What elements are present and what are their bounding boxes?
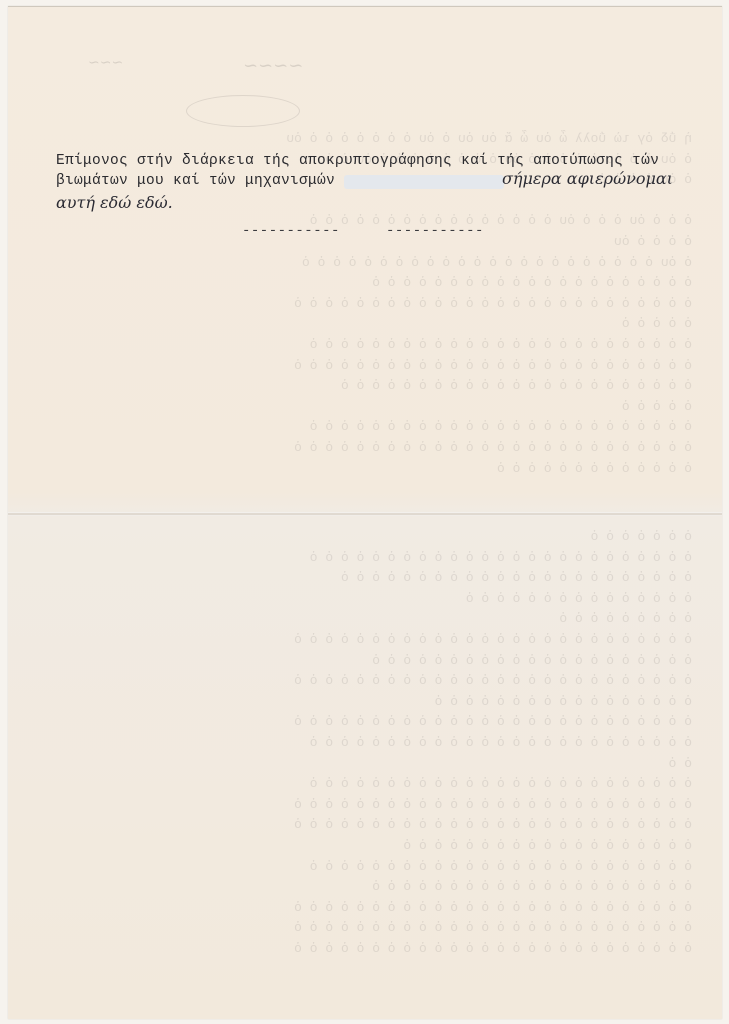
paper-sheet: ~~~~ ~~~ ὴ ΰδ ὀγ ιὼ ΰολλ ὧ ὀυ ὦ ἄ ὀυ ὀυ … (8, 6, 722, 1019)
separator-dashes-right: ----------- (386, 223, 484, 239)
bleed-through-page-number: ~~~ (88, 55, 123, 71)
paper-fold-crease (8, 512, 722, 516)
scanned-document: ~~~~ ~~~ ὴ ΰδ ὀγ ιὼ ΰολλ ὧ ὀυ ὦ ἄ ὀυ ὀυ … (0, 0, 729, 1024)
handwritten-annotation-line-2: σήμερα αφιερώνομαι (502, 169, 673, 188)
typed-line-2: βιωμάτων μου καί τών μηχανισμών (56, 173, 335, 189)
handwritten-annotation-line-3: αυτή εδώ εδώ. (56, 193, 173, 212)
bleed-through-pencil-note: ~~~~ (243, 55, 303, 76)
bleed-through-oval-mark (186, 95, 300, 127)
bleed-through-text-lower: ὀ ὀ ὀ ὀ ὀ ὀ ὀ ὀ ὀ ὀ ὀ ὀ ὀ ὀ ὀ ὀ ὀ ὀ ὀ ὀ … (38, 527, 692, 997)
typed-line-1: Επίμονος στήν διάρκεια τής αποκρυπτογράφ… (56, 153, 659, 169)
correction-whiteout (344, 175, 504, 189)
separator-dashes-left: ----------- (242, 223, 340, 239)
